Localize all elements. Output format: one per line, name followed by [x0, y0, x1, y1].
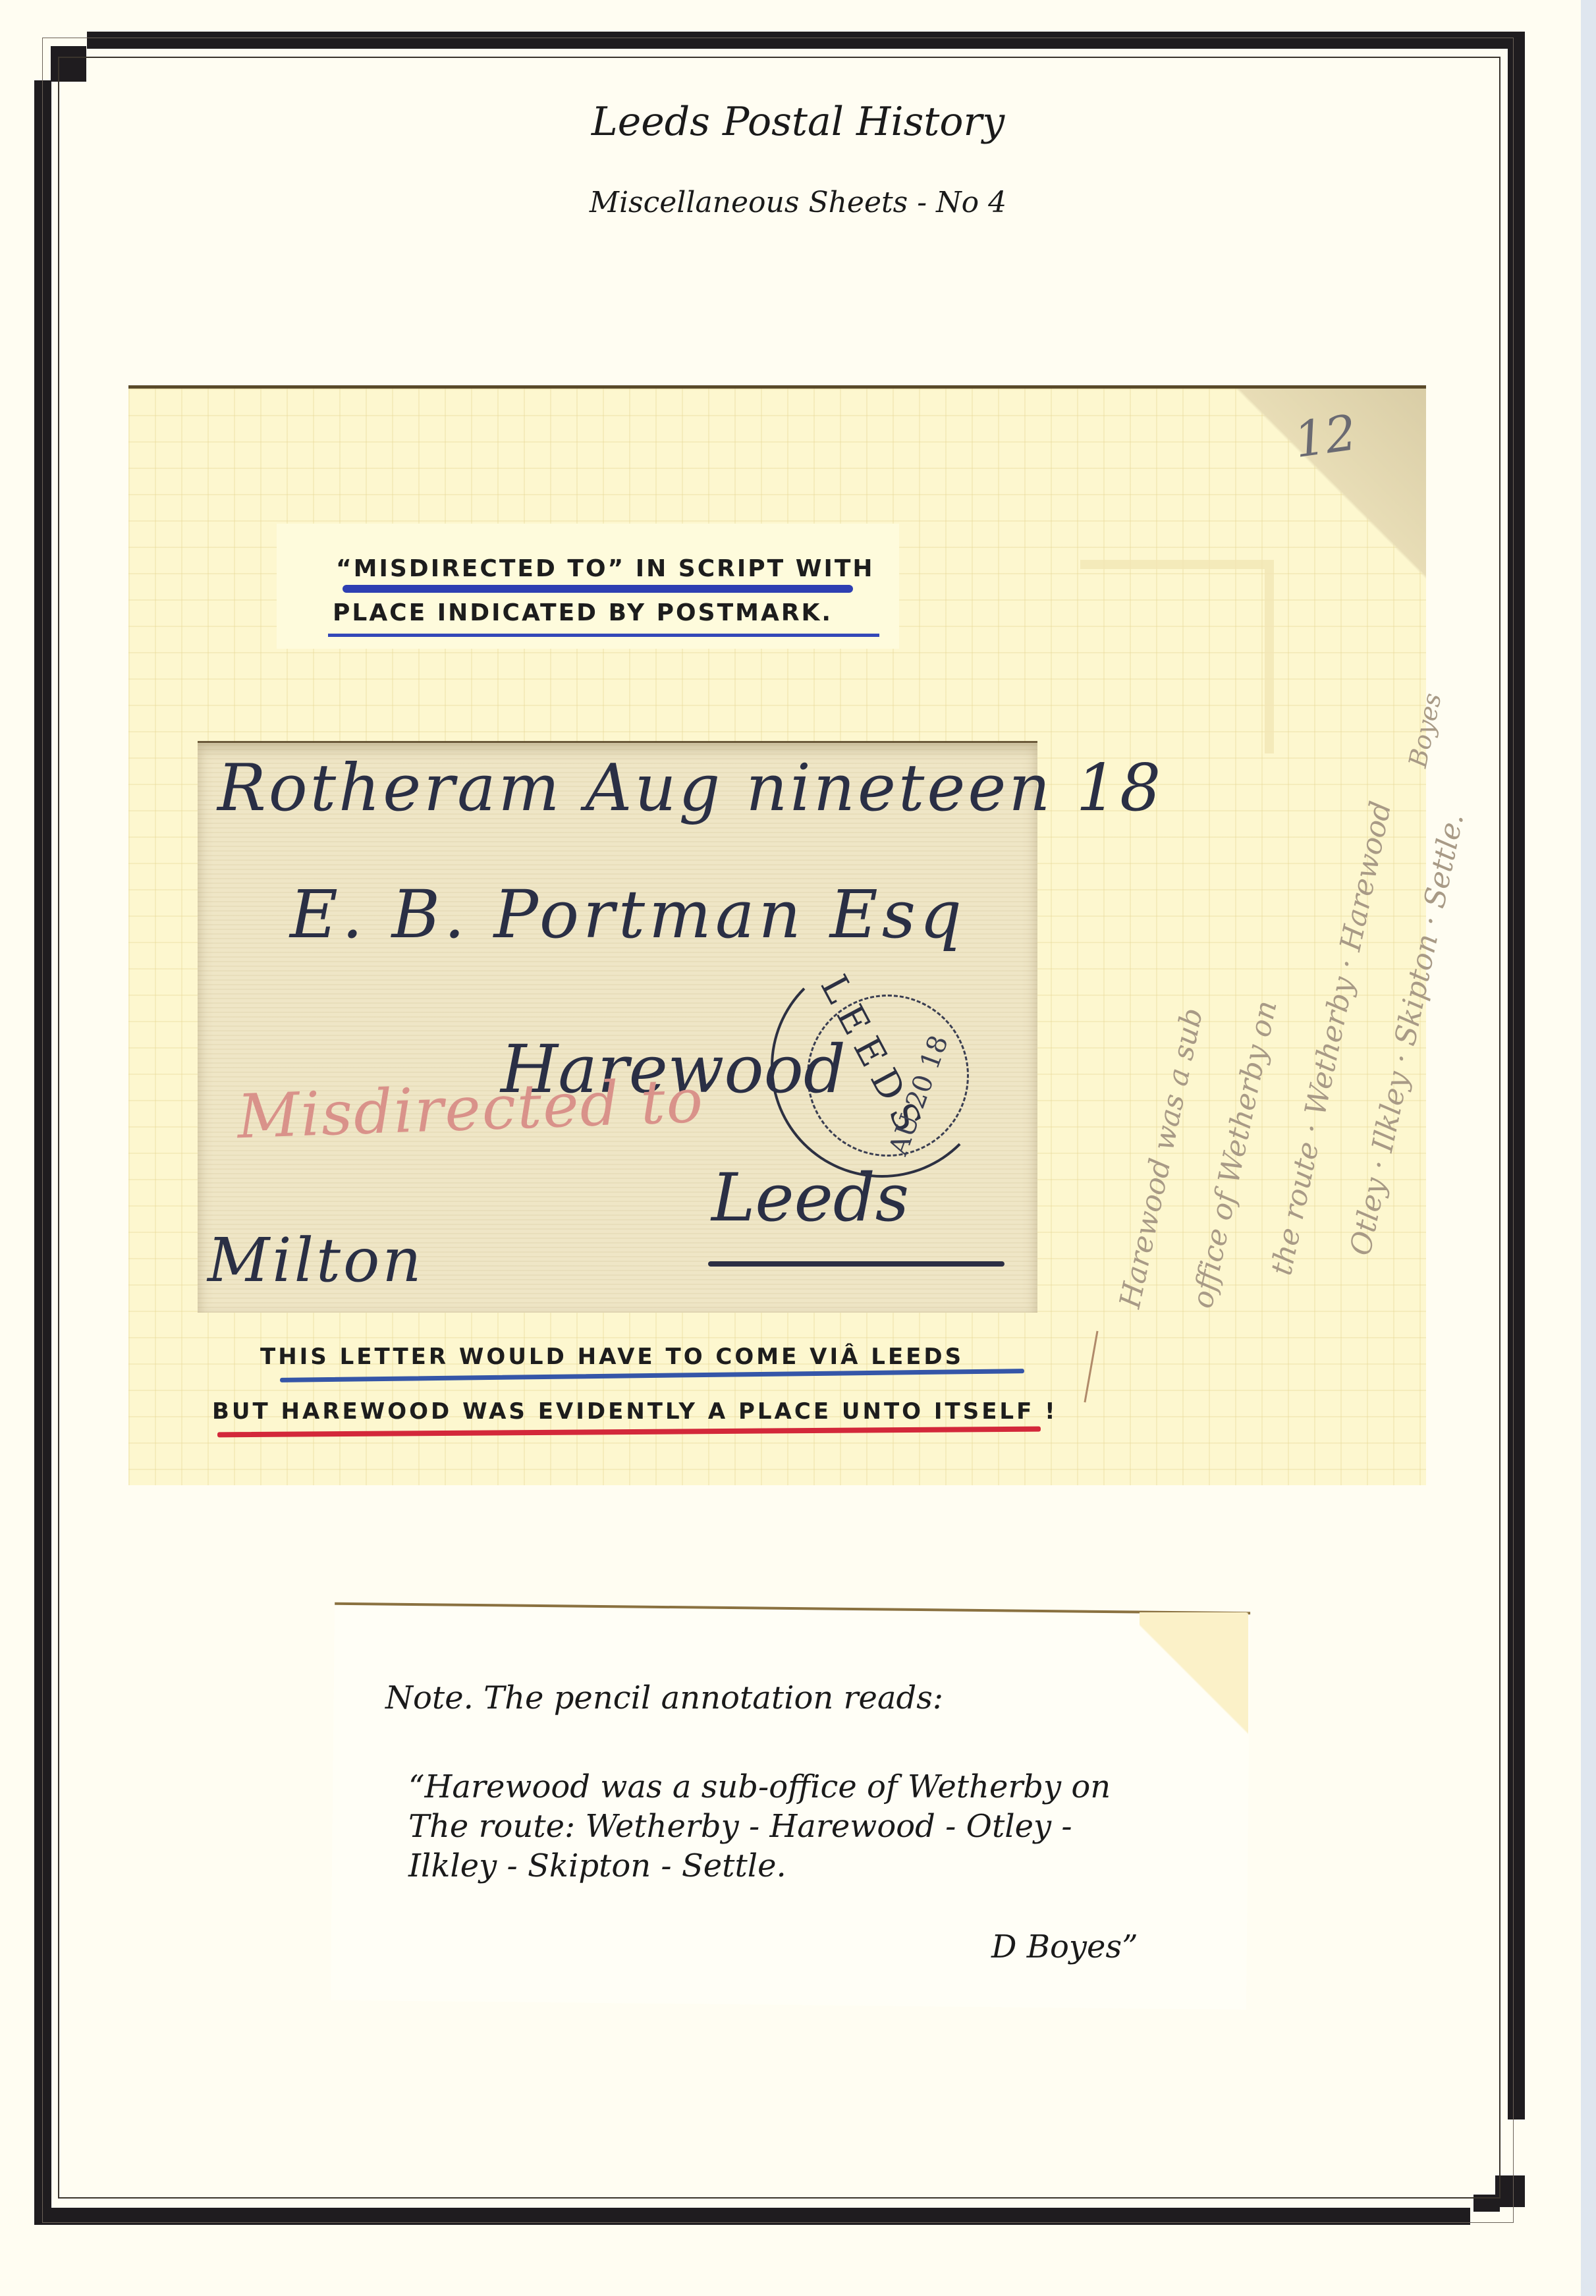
manuscript-underline — [708, 1261, 1004, 1267]
page-number: 12 — [1290, 404, 1360, 469]
note-line2: The route: Wetherby - Harewood - Otley - — [408, 1808, 1072, 1845]
label-bottom-line1: THIS LETTER WOULD HAVE TO COME VIÂ LEEDS — [260, 1344, 964, 1370]
note-signature: D Boyes” — [991, 1928, 1138, 1965]
label-top-line2: PLACE INDICATED BY POSTMARK. — [333, 599, 833, 626]
note-line3: Ilkley - Skipton - Settle. — [408, 1847, 786, 1884]
manuscript-leeds: Leeds — [711, 1159, 909, 1236]
page-title: Leeds Postal History — [0, 99, 1596, 145]
label-bottom-line2: BUT HAREWOOD WAS EVIDENTLY A PLACE UNTO … — [212, 1398, 1058, 1425]
corner-ornament — [1080, 560, 1274, 753]
note-heading: Note. The pencil annotation reads: — [385, 1680, 943, 1716]
blue-underline-thick — [343, 585, 853, 593]
manuscript-addressee: E. B. Portman Esq — [290, 876, 966, 953]
label-top-line1: “MISDIRECTED TO” IN SCRIPT WITH — [336, 555, 875, 582]
blue-underline-thin — [328, 634, 879, 637]
manuscript-sender: Milton — [207, 1225, 424, 1296]
page-subtitle: Miscellaneous Sheets - No 4 — [0, 186, 1596, 219]
scan-edge — [1581, 0, 1596, 2296]
note-card-corner-fold — [1140, 1612, 1248, 1744]
manuscript-origin: Rotheram Aug nineteen 18 — [217, 751, 1163, 826]
note-line1: “Harewood was a sub-office of Wetherby o… — [408, 1768, 1111, 1805]
